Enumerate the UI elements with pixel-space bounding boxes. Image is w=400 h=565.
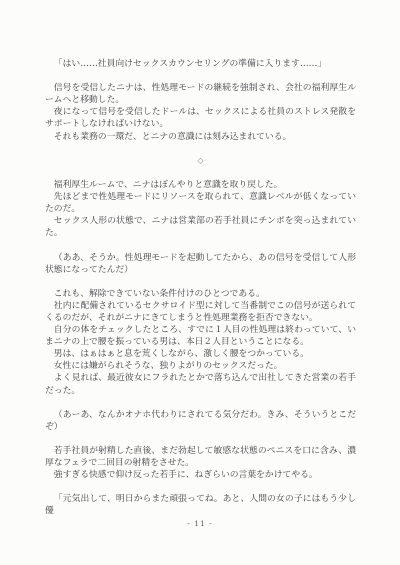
inner-monologue: （ああ、そうか。性処理モードを起動してたから、あの信号を受信して人形状態になって… bbox=[45, 252, 356, 276]
body-text: 「はい……社員向けセックスカウンセリングの準備に入ります……」 信号を受信したニ… bbox=[45, 58, 356, 518]
narration-paragraph: それも業務の一環だ、とニナの意識には刻み込まれている。 bbox=[45, 131, 356, 143]
narration-paragraph: よく見れば、最近彼女にフラれたとかで落ち込んで出社してきた営業の若手だった。 bbox=[45, 372, 356, 396]
inner-monologue: （あーあ、なんかオナホ代わりにされてる気分だわ。きみ、そういうとこだぞ） bbox=[45, 409, 356, 433]
narration-paragraph: 先ほどまで性処理モードにリソースを取られて、意識レベルが低くなっていたのだ。 bbox=[45, 191, 356, 215]
narration-paragraph: 福利厚生ルームで、ニナはぼんやりと意識を取り戻した。 bbox=[45, 179, 356, 191]
narration-paragraph: 社内に配備されているセクサロイド型に対して当番制でこの信号が送られてくるのだが、… bbox=[45, 300, 356, 324]
narration-paragraph: 夜になって信号を受信したドールは、セックスによる社員のストレス発散をサポートしな… bbox=[45, 106, 356, 130]
narration-paragraph: 強すぎる快感で仰け反った若手に、ねぎらいの言葉をかけてやる。 bbox=[45, 469, 356, 481]
section-separator: ◇ bbox=[45, 155, 356, 167]
narration-paragraph: 自分の体をチェックしたところ、すでに１人目の性処理は終わっていて、いまニナの上で… bbox=[45, 324, 356, 348]
novel-page: 「はい……社員向けセックスカウンセリングの準備に入ります……」 信号を受信したニ… bbox=[0, 0, 400, 565]
narration-paragraph: 信号を受信したニナは、性処理モードの継続を強制され、会社の福利厚生ルームへと移動… bbox=[45, 82, 356, 106]
narration-paragraph: セックス人形の状態で、ニナは営業部の若手社員にチンポを突っ込まれていた。 bbox=[45, 215, 356, 239]
narration-paragraph: 女性には嫌がられそうな、独りよがりのセックスだった。 bbox=[45, 360, 356, 372]
page-number: - 11 - bbox=[0, 519, 400, 528]
dialogue-line: 「はい……社員向けセックスカウンセリングの準備に入ります……」 bbox=[45, 58, 356, 70]
narration-paragraph: これも、解除できていない条件付けのひとつである。 bbox=[45, 288, 356, 300]
narration-paragraph: 男は、はぁはぁと息を荒くしながら、激しく腰をつかっている。 bbox=[45, 348, 356, 360]
narration-paragraph: 若手社員が射精した直後、まだ勃起して敏感な状態のペニスを口に含み、濃厚なフェラで… bbox=[45, 445, 356, 469]
dialogue-line: 「元気出して、明日からまた頑張ってね。あと、人間の女の子にはもう少し優 bbox=[45, 493, 356, 517]
